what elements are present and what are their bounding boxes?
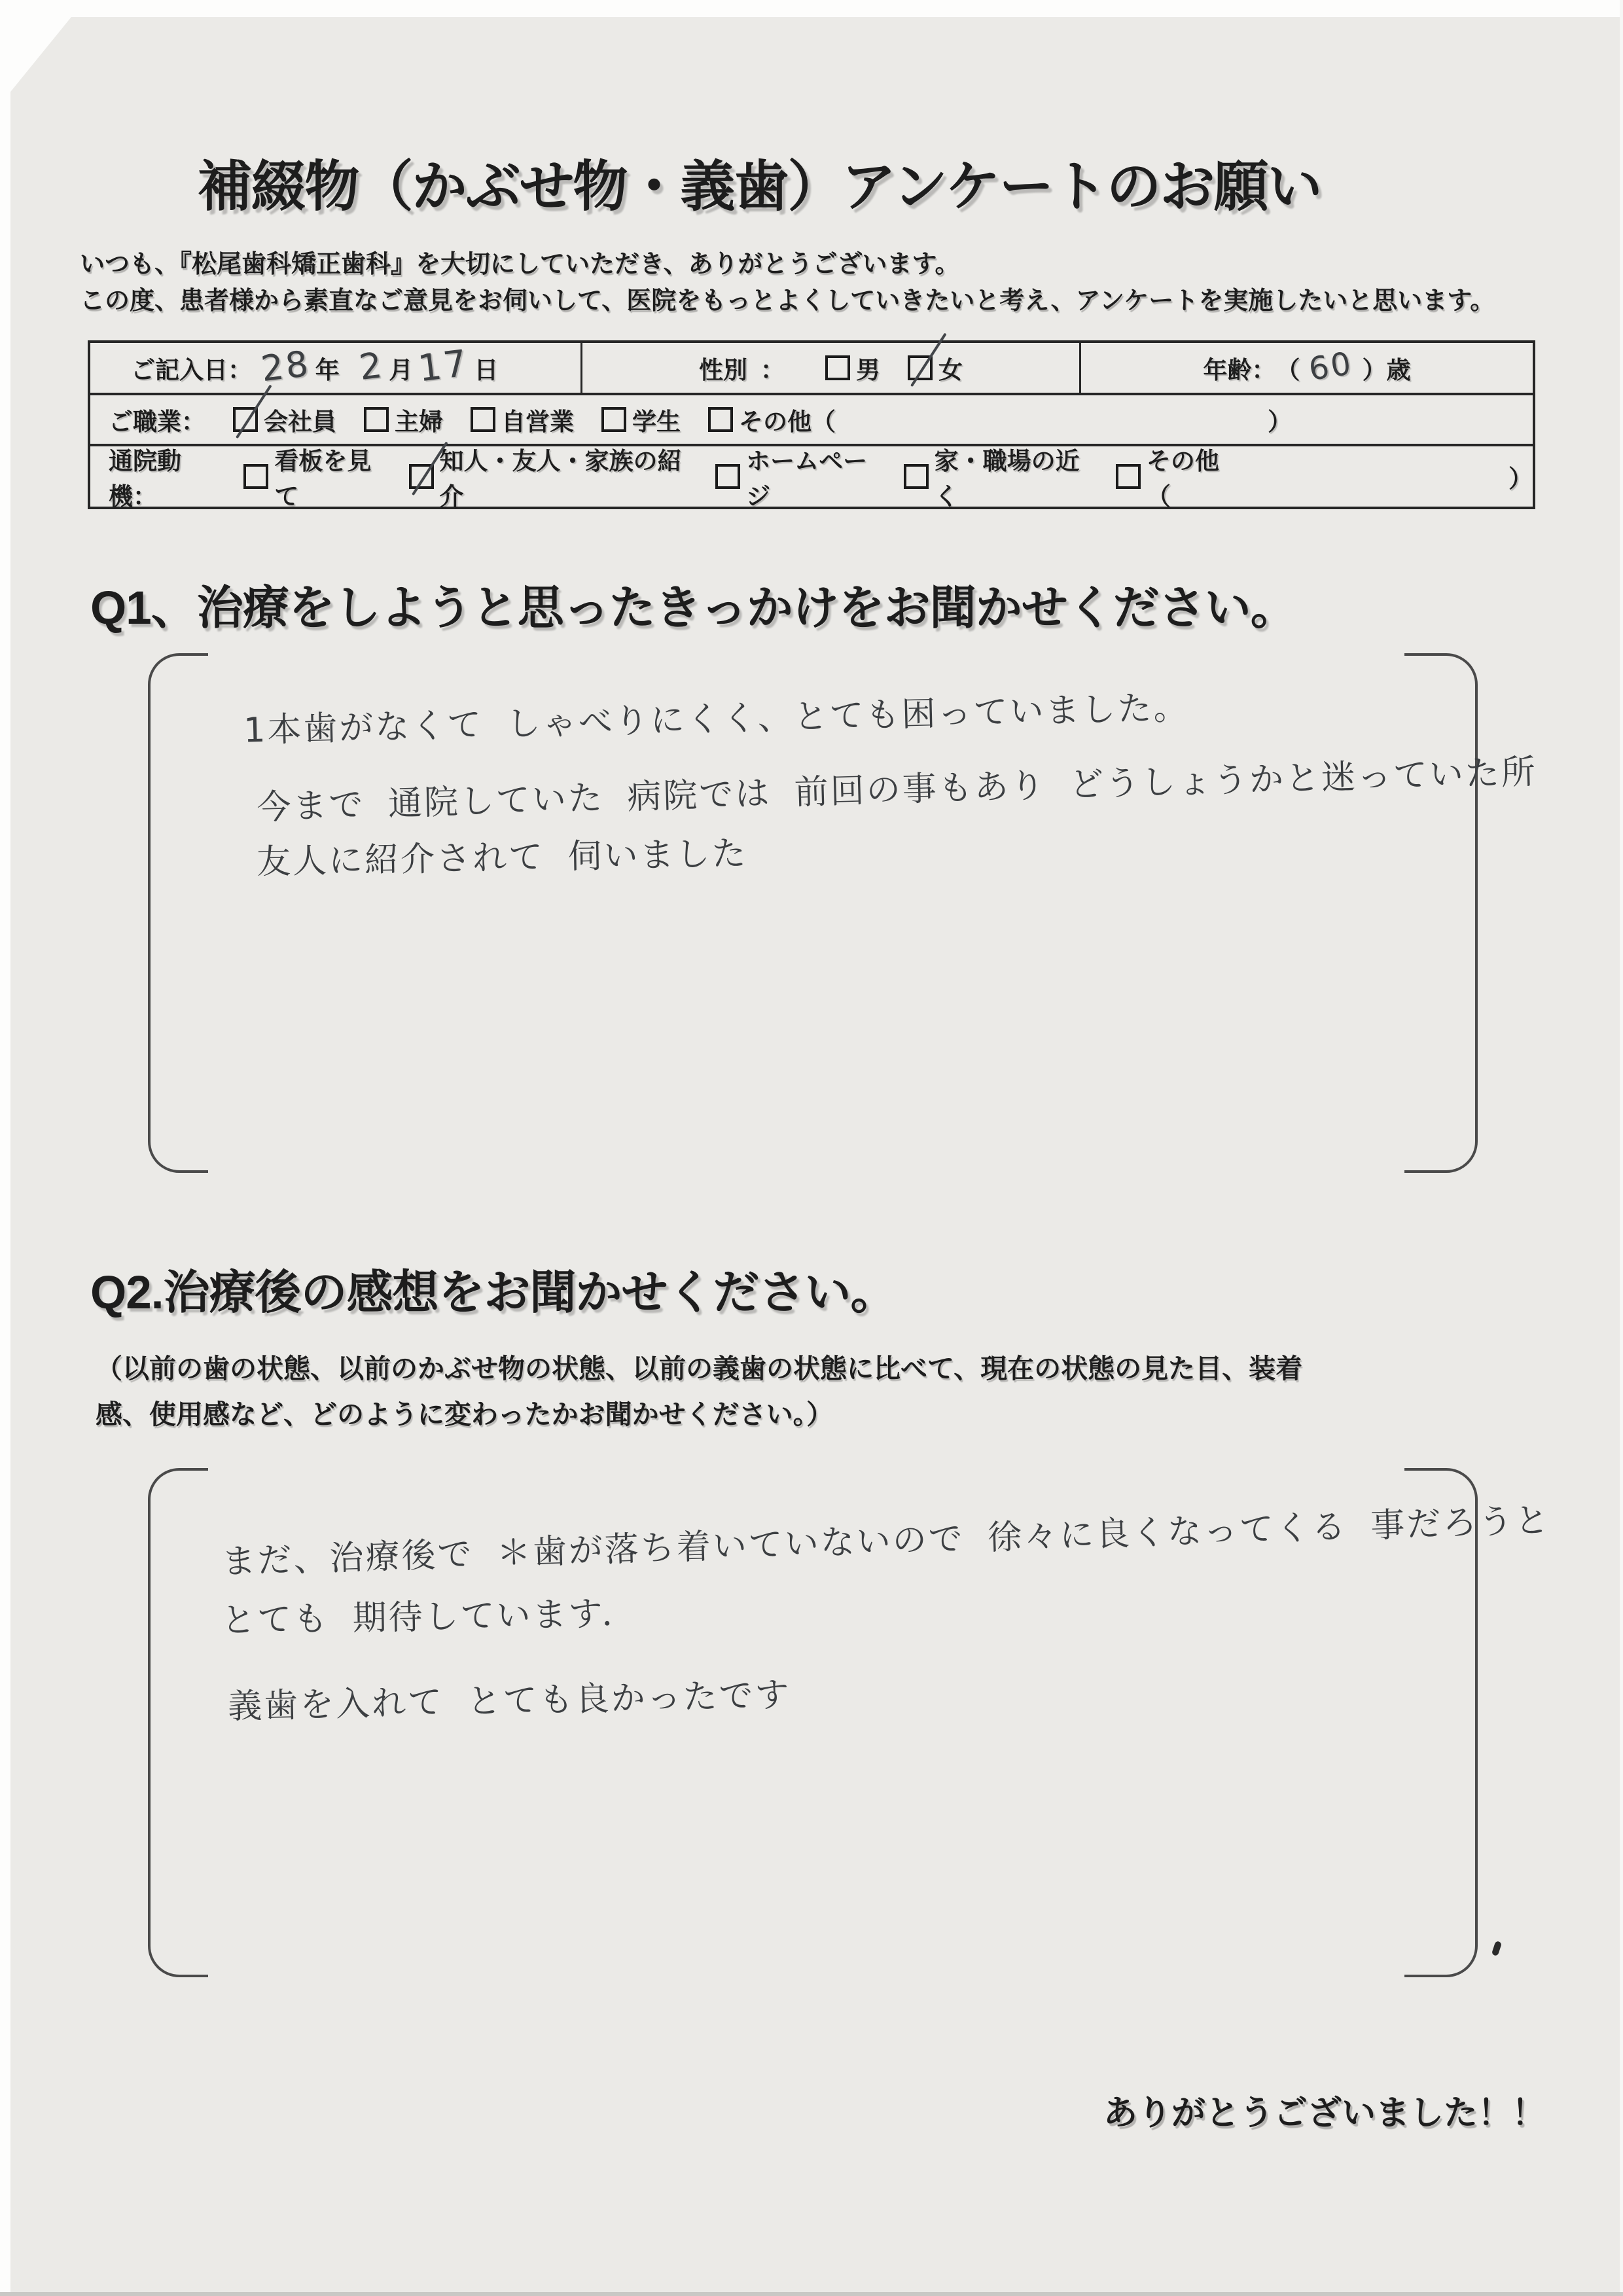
checkbox-female xyxy=(908,355,933,380)
motive-option-label: 看板を見て xyxy=(274,441,391,512)
q2-answer-line-2: とても 期待しています． xyxy=(221,1585,638,1641)
q1-right-bracket xyxy=(1404,653,1478,1173)
checkbox-male xyxy=(825,355,850,380)
age-cell: 年齢： （ 60 ） 歳 xyxy=(1081,343,1533,393)
motive-option-label: ホームページ xyxy=(746,441,887,512)
scan-edge-right xyxy=(1620,0,1623,2296)
scan-edge-top xyxy=(0,0,1623,17)
respondent-info-table: ご記入日： 28 年 2 月 17 日 性別 ： 男 女 xyxy=(88,340,1535,509)
gender-option-female: 女 xyxy=(908,350,963,386)
checkbox-homepage xyxy=(715,464,740,489)
motive-option-label: 知人・友人・家族の紹介 xyxy=(440,441,699,512)
table-row-visit-motive: 通院動機： 看板を見て 知人・友人・家族の紹介 ホームページ 家・職場の近く そ… xyxy=(90,446,1533,507)
scan-edge-corner xyxy=(0,0,85,105)
checkbox-student xyxy=(601,407,626,432)
checkbox-self-employed xyxy=(471,407,495,432)
date-label: ご記入日： xyxy=(131,350,252,386)
age-value-handwritten: 60 xyxy=(1306,345,1355,388)
gender-label: 性別 xyxy=(699,350,747,386)
scan-edge-left xyxy=(0,0,10,2296)
occupation-option-label: その他（ xyxy=(739,402,836,437)
checkbox-company-employee xyxy=(233,407,258,432)
q1-left-bracket xyxy=(148,653,208,1173)
gender-option-male: 男 xyxy=(825,350,880,386)
occupation-option-label: 会社員 xyxy=(264,402,336,437)
occupation-option-student: 学生 xyxy=(601,402,681,437)
date-day-handwritten: 17 xyxy=(416,342,471,390)
age-close-paren: ） xyxy=(1363,350,1387,386)
motive-option-label: 家・職場の近く xyxy=(935,441,1099,512)
gender-cell: 性別 ： 男 女 xyxy=(582,343,1081,393)
motive-other-close-paren: ） xyxy=(1508,459,1533,494)
checkbox-near-home-work xyxy=(904,464,929,489)
motive-option-homepage: ホームページ xyxy=(715,441,887,512)
checkbox-motive-other xyxy=(1116,464,1141,489)
motive-option-signboard: 看板を見て xyxy=(243,441,391,512)
gender-male-label: 男 xyxy=(856,350,880,386)
age-label: 年齢： xyxy=(1203,350,1275,386)
intro-line-1: いつも、『松尾歯科矯正歯科』を大切にしていただき、ありがとうございます。 xyxy=(80,243,959,279)
table-row-occupation: ご職業： 会社員 主婦 自営業 学生 その他（ ） xyxy=(90,395,1533,446)
motive-option-label: その他（ xyxy=(1147,441,1240,512)
occupation-label: ご職業： xyxy=(109,402,205,437)
table-row-date-gender-age: ご記入日： 28 年 2 月 17 日 性別 ： 男 女 xyxy=(90,343,1533,395)
occupation-option-label: 自営業 xyxy=(501,402,574,437)
q2-note-line-2: 感、使用感など、どのように変わったかお聞かせください。） xyxy=(96,1393,833,1431)
q2-heading: Q2.治療後の感想をお聞かせください。 xyxy=(90,1255,896,1322)
date-day-unit: 日 xyxy=(474,350,498,386)
checkbox-occupation-other xyxy=(708,407,733,432)
q1-heading: Q1、治療をしようと思ったきっかけをお聞かせください。 xyxy=(90,571,1296,637)
date-month-unit: 月 xyxy=(389,350,413,386)
date-year-handwritten: 28 xyxy=(259,342,312,389)
occupation-option-company-employee: 会社員 xyxy=(233,402,336,437)
occupation-option-self-employed: 自営業 xyxy=(471,402,574,437)
checkbox-signboard xyxy=(243,464,268,489)
motive-option-near-home-work: 家・職場の近く xyxy=(904,441,1099,512)
date-month-handwritten: 2 xyxy=(357,344,386,387)
occupation-option-other: その他（ xyxy=(708,402,836,437)
gender-colon: ： xyxy=(760,350,785,386)
date-cell: ご記入日： 28 年 2 月 17 日 xyxy=(90,343,582,393)
checkbox-referral xyxy=(409,464,434,489)
scan-edge-bottom xyxy=(0,2292,1623,2296)
stray-ink-mark xyxy=(1491,1941,1502,1956)
age-open-paren: （ xyxy=(1275,350,1300,386)
q2-note-line-1: （以前の歯の状態、以前のかぶせ物の状態、以前の義歯の状態に比べて、現在の状態の見… xyxy=(96,1347,1302,1386)
intro-line-2: この度、患者様から素直なご意見をお伺いして、医院をもっとよくしていきたいと考え、… xyxy=(80,280,1495,316)
occupation-other-close-paren: ） xyxy=(1268,402,1292,437)
thanks-message: ありがとうございました！！ xyxy=(1103,2085,1546,2134)
motive-option-other: その他（ xyxy=(1116,441,1240,512)
page-title: 補綴物（かぶせ物・義歯）アンケートのお願い xyxy=(0,143,1518,222)
scanned-survey-page: 補綴物（かぶせ物・義歯）アンケートのお願い いつも、『松尾歯科矯正歯科』を大切に… xyxy=(0,0,1623,2296)
visit-motive-label: 通院動機： xyxy=(109,441,226,512)
checkbox-housewife xyxy=(364,407,389,432)
occupation-option-label: 学生 xyxy=(632,402,681,437)
age-unit: 歳 xyxy=(1387,350,1411,386)
occupation-option-housewife: 主婦 xyxy=(364,402,443,437)
occupation-option-label: 主婦 xyxy=(395,402,443,437)
motive-option-referral: 知人・友人・家族の紹介 xyxy=(409,441,699,512)
date-year-unit: 年 xyxy=(315,350,340,386)
gender-female-label: 女 xyxy=(938,350,963,386)
q1-answer-line-3: 友人に紹介されて 伺いました xyxy=(256,825,748,883)
q2-left-bracket xyxy=(148,1468,208,1977)
